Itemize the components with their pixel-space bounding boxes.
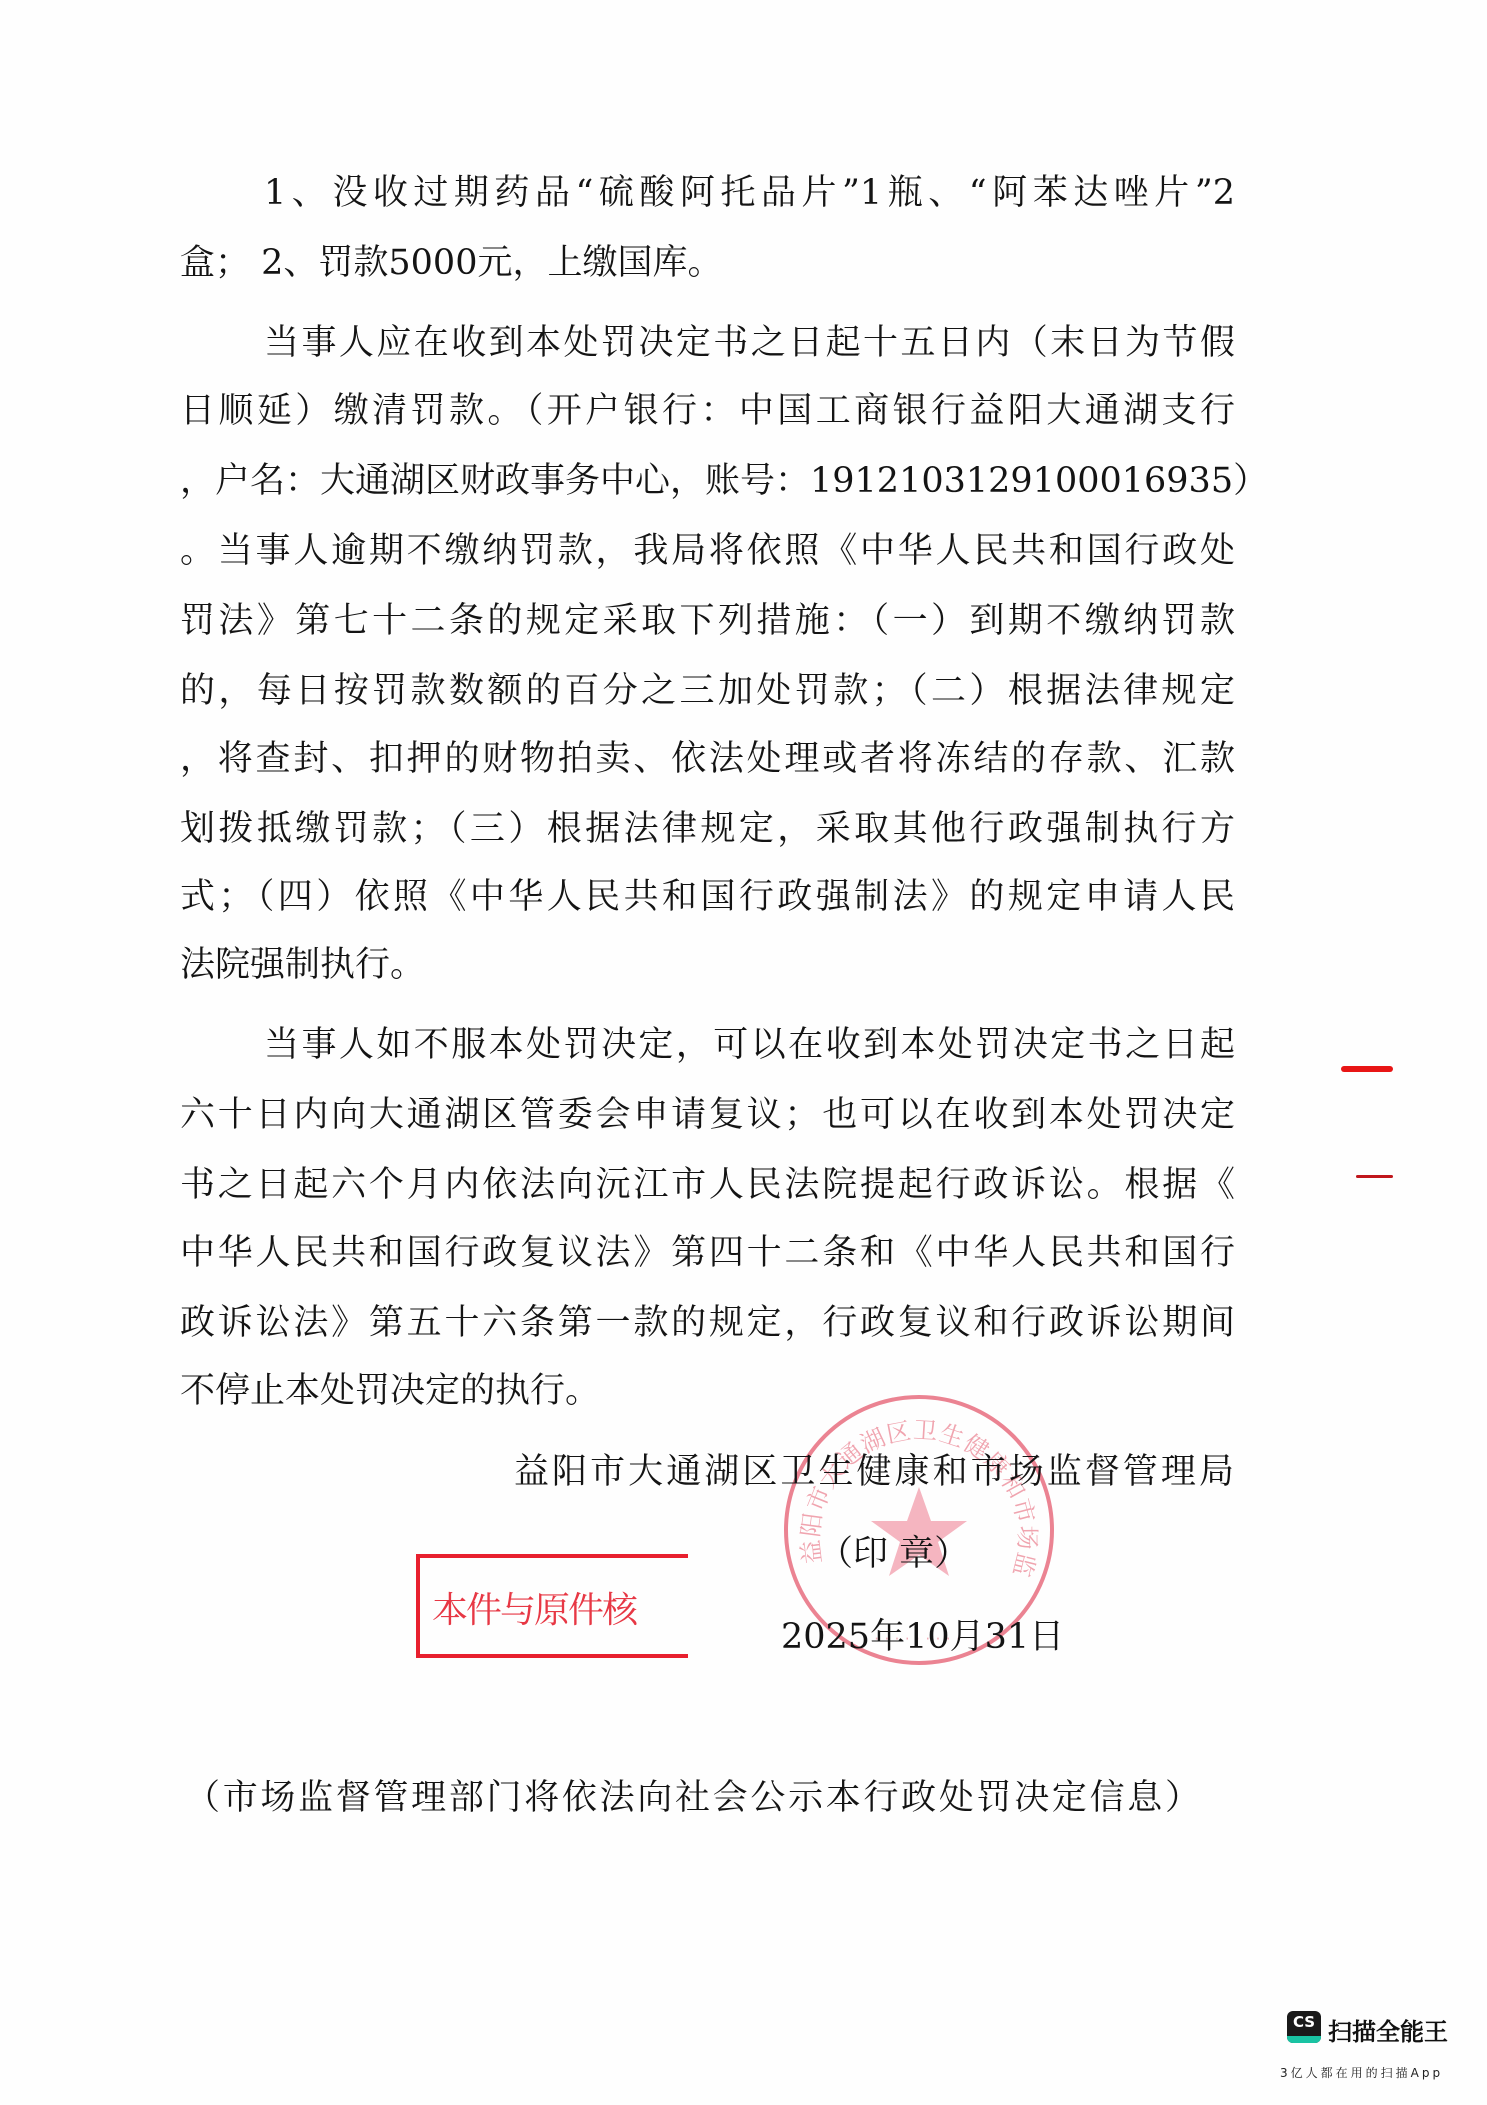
camscanner-app-name: 扫描全能王 — [1328, 2012, 1448, 2047]
appeal-notice-line-2: 六十日内向大通湖区管委会申请复议；也可以在收到本处罚决定 — [180, 1090, 1235, 1140]
copy-seal-text: 本件与原件核 — [432, 1582, 636, 1633]
appeal-notice-line-5: 政诉讼法》第五十六条第一款的规定，行政复议和行政诉讼期间 — [180, 1298, 1235, 1348]
red-pen-mark — [1356, 1175, 1393, 1178]
appeal-notice-line-1: 当事人如不服本处罚决定，可以在收到本处罚决定书之日起 — [264, 1020, 1235, 1070]
appeal-notice-line-4: 中华人民共和国行政复议法》第四十二条和《中华人民共和国行 — [180, 1228, 1235, 1278]
red-pen-mark — [1341, 1066, 1393, 1072]
scanned-document-page: 1、没收过期药品“硫酸阿托品片”1瓶、“阿苯达唑片”2 盒； 2、罚款5000元… — [0, 0, 1487, 2105]
footer-public-notice: （市场监督管理部门将依法向社会公示本行政处罚决定信息） — [185, 1773, 1200, 1823]
payment-notice-line-8: 划拨抵缴罚款；（三）根据法律规定，采取其他行政强制执行方 — [180, 804, 1235, 854]
payment-notice-line-5: 罚法》第七十二条的规定采取下列措施：（一）到期不缴纳罚款 — [180, 596, 1235, 646]
payment-notice-line-2: 日顺延）缴清罚款。（开户银行：中国工商银行益阳大通湖支行 — [180, 386, 1235, 436]
payment-notice-line-6: 的，每日按罚款数额的百分之三加处罚款；（二）根据法律规定 — [180, 666, 1235, 716]
penalty-items-line-2: 盒； 2、罚款5000元，上缴国库。 — [180, 238, 1235, 288]
payment-notice-line-9: 式；（四）依照《中华人民共和国行政强制法》的规定申请人民 — [180, 872, 1235, 922]
camscanner-tagline: 3亿人都在用的扫描App — [1280, 2064, 1443, 2081]
appeal-notice-line-3: 书之日起六个月内依法向沅江市人民法院提起行政诉讼。根据《 — [180, 1160, 1235, 1210]
issue-date: 2025年10月31日 — [781, 1612, 1064, 1662]
appeal-notice-line-6: 不停止本处罚决定的执行。 — [180, 1366, 1235, 1416]
payment-notice-line-1: 当事人应在收到本处罚决定书之日起十五日内（末日为节假 — [264, 318, 1235, 368]
penalty-items-line-1: 1、没收过期药品“硫酸阿托品片”1瓶、“阿苯达唑片”2 — [264, 168, 1235, 218]
payment-notice-line-3: ，户名：大通湖区财政事务中心，账号：1912103129100016935） — [180, 456, 1235, 506]
issuing-organization: 益阳市大通湖区卫生健康和市场监督管理局 — [514, 1447, 1234, 1497]
payment-notice-line-10: 法院强制执行。 — [180, 940, 1235, 990]
payment-notice-line-4: 。当事人逾期不缴纳罚款，我局将依照《中华人民共和国行政处 — [180, 526, 1235, 576]
seal-label: （印 章） — [818, 1529, 969, 1579]
payment-notice-line-7: ，将查封、扣押的财物拍卖、依法处理或者将冻结的存款、汇款 — [180, 734, 1235, 784]
camscanner-logo-icon: CS — [1287, 2011, 1321, 2043]
copy-verified-seal: 本件与原件核 — [416, 1554, 688, 1658]
